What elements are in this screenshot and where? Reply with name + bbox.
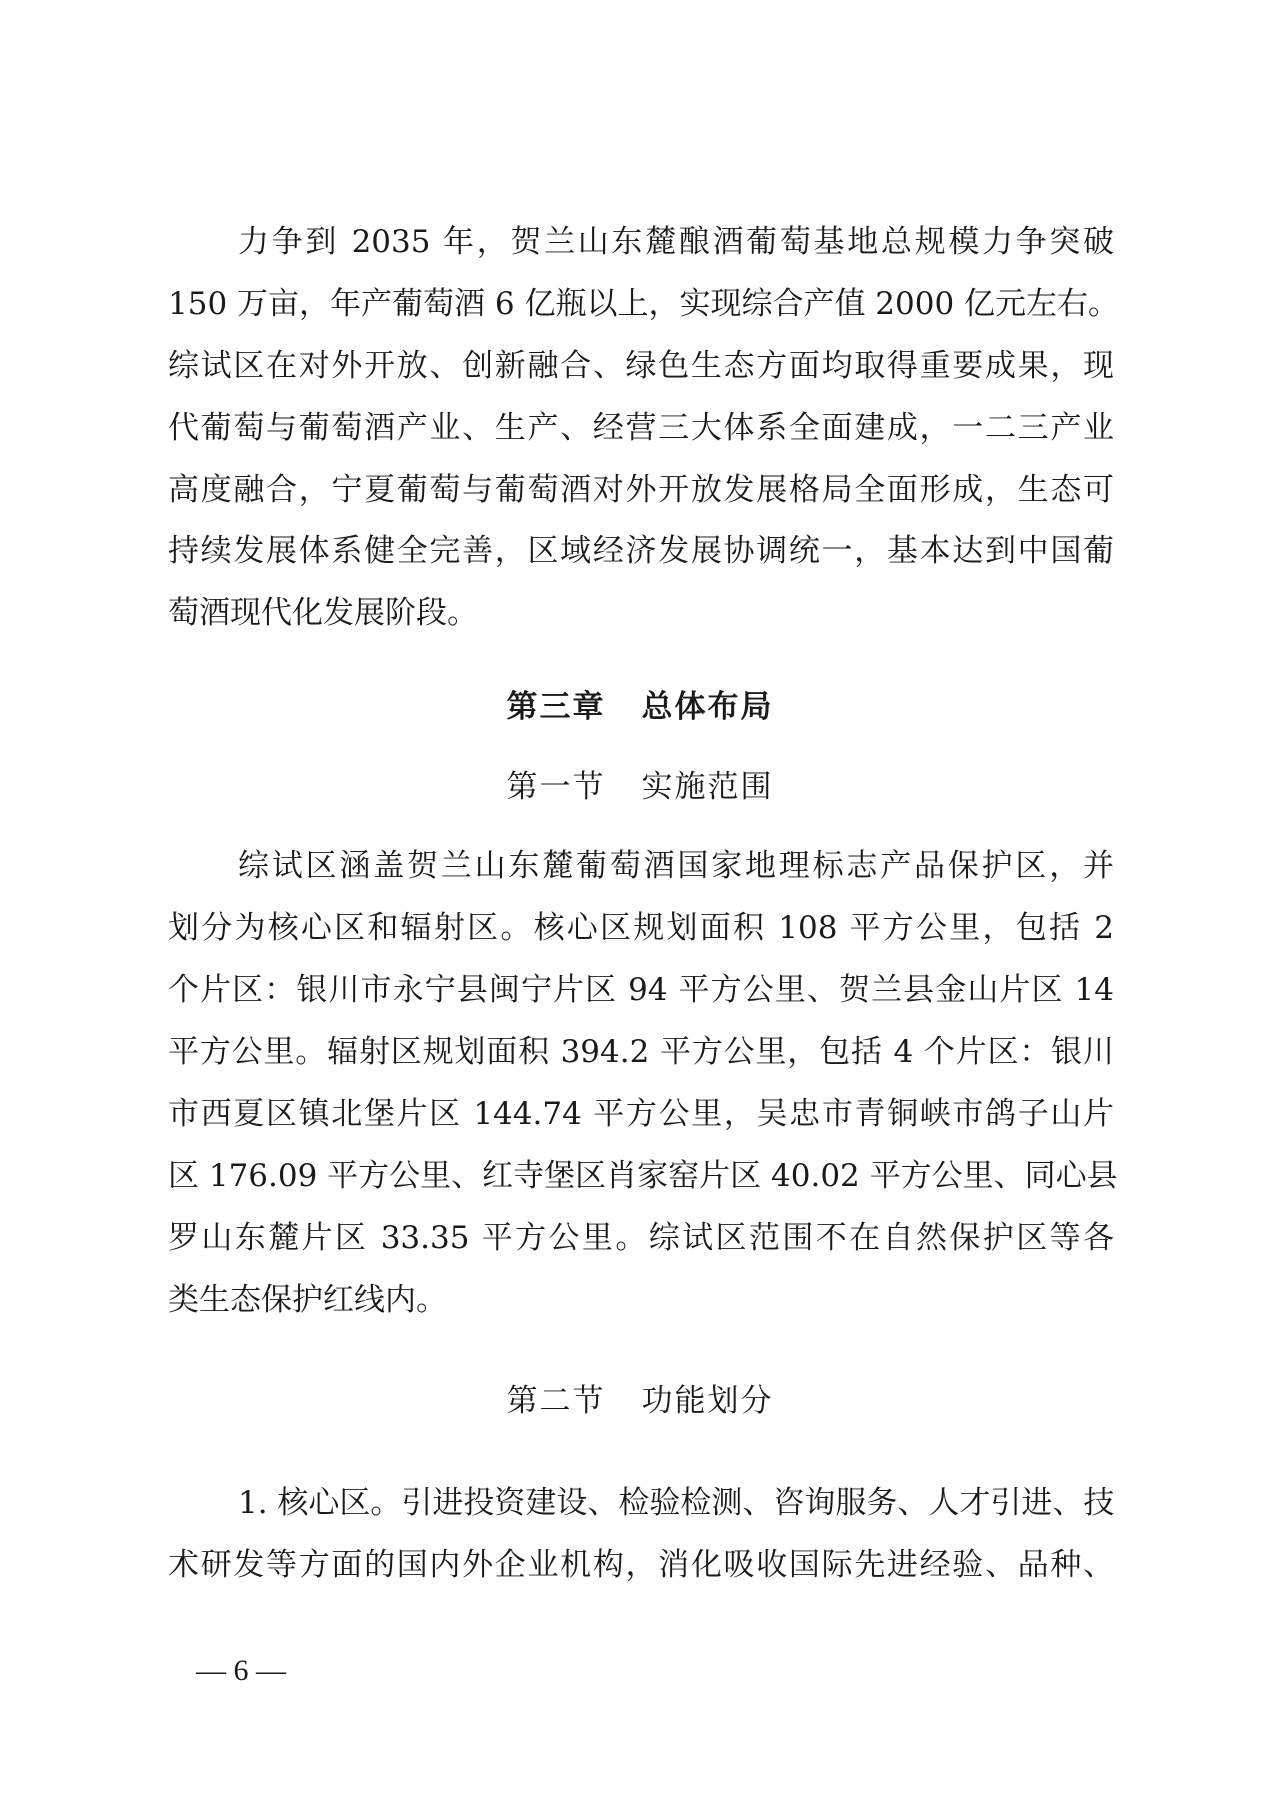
section-title: 实施范围 bbox=[642, 769, 774, 805]
section-title: 功能划分 bbox=[642, 1383, 774, 1419]
paragraph-line: 高度融合，宁夏葡萄与葡萄酒对外开放发展格局全面形成，生态可 bbox=[168, 470, 1114, 510]
paragraph-line: 平方公里。辐射区规划面积 394.2 平方公里，包括 4 个片区：银川 bbox=[168, 1032, 1114, 1072]
chapter-heading: 第三章总体布局 bbox=[0, 687, 1280, 727]
paragraph-line: 力争到 2035 年，贺兰山东麓酿酒葡萄基地总规模力争突破 bbox=[238, 222, 1114, 262]
paragraph-line: 术研发等方面的国内外企业机构，消化吸收国际先进经验、品种、 bbox=[168, 1545, 1114, 1585]
paragraph-line: 1. 核心区。引进投资建设、检验检测、咨询服务、人才引进、技 bbox=[238, 1483, 1114, 1523]
paragraph-line: 类生态保护红线内。 bbox=[168, 1280, 1114, 1320]
paragraph-line: 罗山东麓片区 33.35 平方公里。综试区范围不在自然保护区等各 bbox=[168, 1218, 1114, 1258]
paragraph-line: 代葡萄与葡萄酒产业、生产、经营三大体系全面建成，一二三产业 bbox=[168, 408, 1114, 448]
paragraph-line: 划分为核心区和辐射区。核心区规划面积 108 平方公里，包括 2 bbox=[168, 908, 1114, 948]
paragraph-line: 150 万亩，年产葡萄酒 6 亿瓶以上，实现综合产值 2000 亿元左右。 bbox=[168, 284, 1114, 324]
chapter-number: 第三章 bbox=[507, 689, 606, 725]
paragraph-line: 区 176.09 平方公里、红寺堡区肖家窑片区 40.02 平方公里、同心县 bbox=[168, 1156, 1114, 1196]
section-heading-scope: 第一节实施范围 bbox=[0, 767, 1280, 807]
page-number: — 6 — bbox=[196, 1653, 286, 1689]
section-number: 第一节 bbox=[507, 769, 606, 805]
paragraph-line: 个片区：银川市永宁县闽宁片区 94 平方公里、贺兰县金山片区 14 bbox=[168, 970, 1114, 1010]
paragraph-line: 持续发展体系健全完善，区域经济发展协调统一，基本达到中国葡 bbox=[168, 531, 1114, 571]
paragraph-line: 综试区在对外开放、创新融合、绿色生态方面均取得重要成果，现 bbox=[168, 346, 1114, 386]
paragraph-line: 综试区涵盖贺兰山东麓葡萄酒国家地理标志产品保护区，并 bbox=[238, 846, 1114, 886]
section-number: 第二节 bbox=[507, 1383, 606, 1419]
chapter-title: 总体布局 bbox=[642, 689, 774, 725]
paragraph-line: 市西夏区镇北堡片区 144.74 平方公里，吴忠市青铜峡市鸽子山片 bbox=[168, 1094, 1114, 1134]
paragraph-line: 萄酒现代化发展阶段。 bbox=[168, 593, 1114, 633]
section-heading-functions: 第二节功能划分 bbox=[0, 1381, 1280, 1421]
document-page: 力争到 2035 年，贺兰山东麓酿酒葡萄基地总规模力争突破 150 万亩，年产葡… bbox=[0, 0, 1280, 1811]
